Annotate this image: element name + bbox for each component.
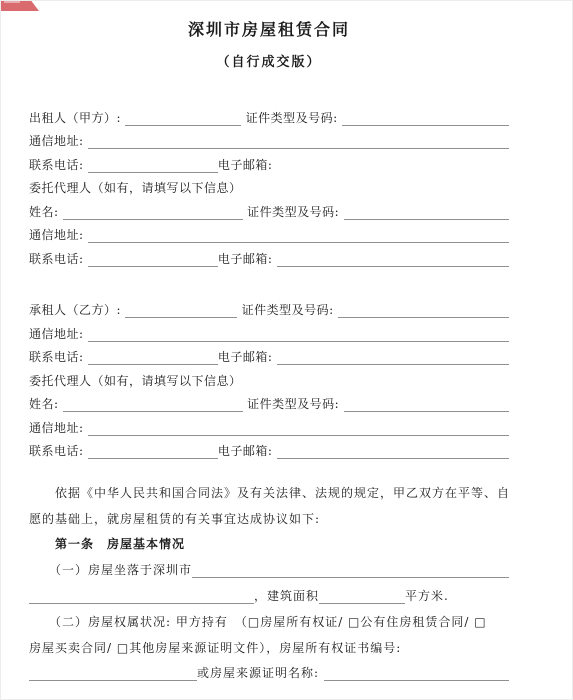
lessee-agent-phone-row: 联系电话: 电子邮箱:: [29, 436, 509, 460]
lessor-agent-name-row-fill-line: [344, 204, 509, 220]
lessee-phone-row-fill-line: [88, 349, 218, 365]
lessor-agent-address-row-fill-line: [88, 227, 509, 243]
lessee-row-fill-line: [338, 302, 509, 318]
lessee-agent-heading-label: 委托代理人（如有，请填写以下信息）: [29, 373, 242, 389]
lessee-agent-phone-row-label: 联系电话:: [29, 443, 88, 459]
corner-ribbon-highlight: [4, 1, 20, 3]
house-area-line-label: ，建筑面积: [254, 588, 319, 604]
lessor-agent-phone-row-label: 联系电话:: [29, 251, 88, 267]
house-area-line-fill-line: [29, 588, 254, 604]
lessee-agent-phone-row-label: 电子邮箱:: [218, 443, 277, 459]
lessee-phone-row-label: 联系电话:: [29, 349, 88, 365]
lessor-agent-heading-label: 委托代理人（如有，请填写以下信息）: [29, 180, 242, 196]
house-area-line-fill-line: [319, 588, 405, 604]
lessor-agent-heading: 委托代理人（如有，请填写以下信息）: [29, 173, 509, 197]
lessee-agent-name-row: 姓名: 证件类型及号码:: [29, 389, 509, 413]
lessor-row-fill-line: [342, 110, 509, 126]
house-location-line: （一）房屋坐落于深圳市: [29, 552, 509, 578]
document-content: 出租人（甲方）: 证件类型及号码: 通信地址: 联系电话: 电子邮箱:委托代理人…: [29, 102, 509, 681]
lessor-address-row-fill-line: [88, 133, 509, 149]
clause-intro-line-1: 依据《中华人民共和国合同法》及有关法律、法规的规定，甲乙双方在平等、自: [29, 475, 509, 501]
lessee-row-label: 证件类型及号码:: [237, 302, 338, 318]
article-1-heading-label: 第一条 房屋基本情况: [29, 536, 185, 552]
article-1-heading: 第一条 房屋基本情况: [29, 527, 509, 553]
clause-intro-line-1-label: 依据《中华人民共和国合同法》及有关法律、法规的规定，甲乙双方在平等、自: [29, 485, 510, 501]
lessor-row-fill-line: [125, 110, 241, 126]
lessor-phone-row-label: 电子邮箱:: [218, 157, 273, 173]
lessee-agent-address-row-label: 通信地址:: [29, 420, 88, 436]
lessor-agent-address-row: 通信地址:: [29, 220, 509, 244]
lessor-phone-row-fill-line: [88, 157, 218, 173]
lessor-agent-phone-row-label: 电子邮箱:: [218, 251, 277, 267]
lessor-agent-name-row-label: 证件类型及号码:: [243, 204, 344, 220]
ownership-line-1: （二）房屋权属状况: 甲方持有 （□房屋所有权证/ □公有住房租赁合同/ □: [29, 604, 509, 630]
lessor-agent-phone-row-fill-line: [88, 251, 218, 267]
lessee-address-row-fill-line: [88, 326, 509, 342]
lessee-row-fill-line: [125, 302, 237, 318]
lessee-row-label: 承租人（乙方）:: [29, 302, 125, 318]
lessor-phone-row-label: 联系电话:: [29, 157, 88, 173]
lessee-address-row-label: 通信地址:: [29, 326, 88, 342]
lessor-agent-phone-row-fill-line: [277, 251, 509, 267]
lessee-phone-row-fill-line: [277, 349, 509, 365]
lessor-agent-name-row: 姓名: 证件类型及号码:: [29, 196, 509, 220]
lessor-row: 出租人（甲方）: 证件类型及号码:: [29, 102, 509, 126]
lessee-agent-name-row-label: 证件类型及号码:: [243, 396, 344, 412]
house-area-line: ，建筑面积平方米.: [29, 578, 509, 604]
lessee-agent-phone-row-fill-line: [88, 443, 218, 459]
corner-ribbon-icon: [1, 1, 39, 11]
document-page: 深圳市房屋租赁合同 （自行成交版） 出租人（甲方）: 证件类型及号码: 通信地址…: [0, 0, 573, 700]
lessee-agent-address-row-fill-line: [88, 420, 509, 436]
lessee-phone-row-label: 电子邮箱:: [218, 349, 277, 365]
lessor-agent-name-row-label: 姓名:: [29, 204, 63, 220]
lessor-phone-row: 联系电话: 电子邮箱:: [29, 149, 509, 173]
lessee-agent-name-row-fill-line: [63, 396, 243, 412]
ownership-line-1-label: （二）房屋权属状况: 甲方持有 （□房屋所有权证/ □公有住房租赁合同/ □: [29, 614, 487, 630]
lessor-row-label: 出租人（甲方）:: [29, 110, 125, 126]
lessor-row-label: 证件类型及号码:: [241, 110, 342, 126]
lessee-agent-name-row-label: 姓名:: [29, 396, 63, 412]
lessee-agent-heading: 委托代理人（如有，请填写以下信息）: [29, 365, 509, 389]
page-subtitle: （自行成交版）: [29, 54, 509, 72]
house-location-line-label: （一）房屋坐落于深圳市: [29, 562, 192, 578]
lessor-agent-name-row-fill-line: [63, 204, 243, 220]
parties-form: 出租人（甲方）: 证件类型及号码: 通信地址: 联系电话: 电子邮箱:委托代理人…: [29, 102, 509, 459]
lessor-agent-phone-row: 联系电话: 电子邮箱:: [29, 243, 509, 267]
lessee-agent-address-row: 通信地址:: [29, 412, 509, 436]
ownership-line-2: 房屋买卖合同/ □其他房屋来源证明文件），房屋所有权证书编号:: [29, 630, 509, 656]
clause-intro-line-2: 愿的基础上，就房屋租赁的有关事宜达成协议如下:: [29, 501, 509, 527]
lessee-agent-name-row-fill-line: [344, 396, 509, 412]
page-title: 深圳市房屋租赁合同: [29, 19, 509, 41]
clause-intro-line-2-label: 愿的基础上，就房屋租赁的有关事宜达成协议如下:: [29, 511, 320, 527]
house-area-line-label: 平方米.: [405, 588, 449, 604]
certificate-number-line-fill-line: [29, 665, 197, 681]
house-location-line-fill-line: [192, 562, 509, 578]
lessee-agent-phone-row-fill-line: [277, 443, 509, 459]
contract-clauses: 依据《中华人民共和国合同法》及有关法律、法规的规定，甲乙双方在平等、自愿的基础上…: [29, 475, 509, 681]
certificate-number-line: 或房屋来源证明名称:: [29, 656, 509, 682]
lessee-row: 承租人（乙方）: 证件类型及号码:: [29, 295, 509, 319]
lessor-address-row-label: 通信地址:: [29, 133, 88, 149]
lessor-address-row: 通信地址:: [29, 126, 509, 150]
certificate-number-line-fill-line: [324, 665, 509, 681]
lessee-address-row: 通信地址:: [29, 318, 509, 342]
certificate-number-line-label: 或房屋来源证明名称:: [197, 665, 324, 681]
ownership-line-2-label: 房屋买卖合同/ □其他房屋来源证明文件），房屋所有权证书编号:: [29, 640, 401, 656]
lessor-agent-address-row-label: 通信地址:: [29, 227, 88, 243]
lessee-phone-row: 联系电话: 电子邮箱:: [29, 342, 509, 366]
